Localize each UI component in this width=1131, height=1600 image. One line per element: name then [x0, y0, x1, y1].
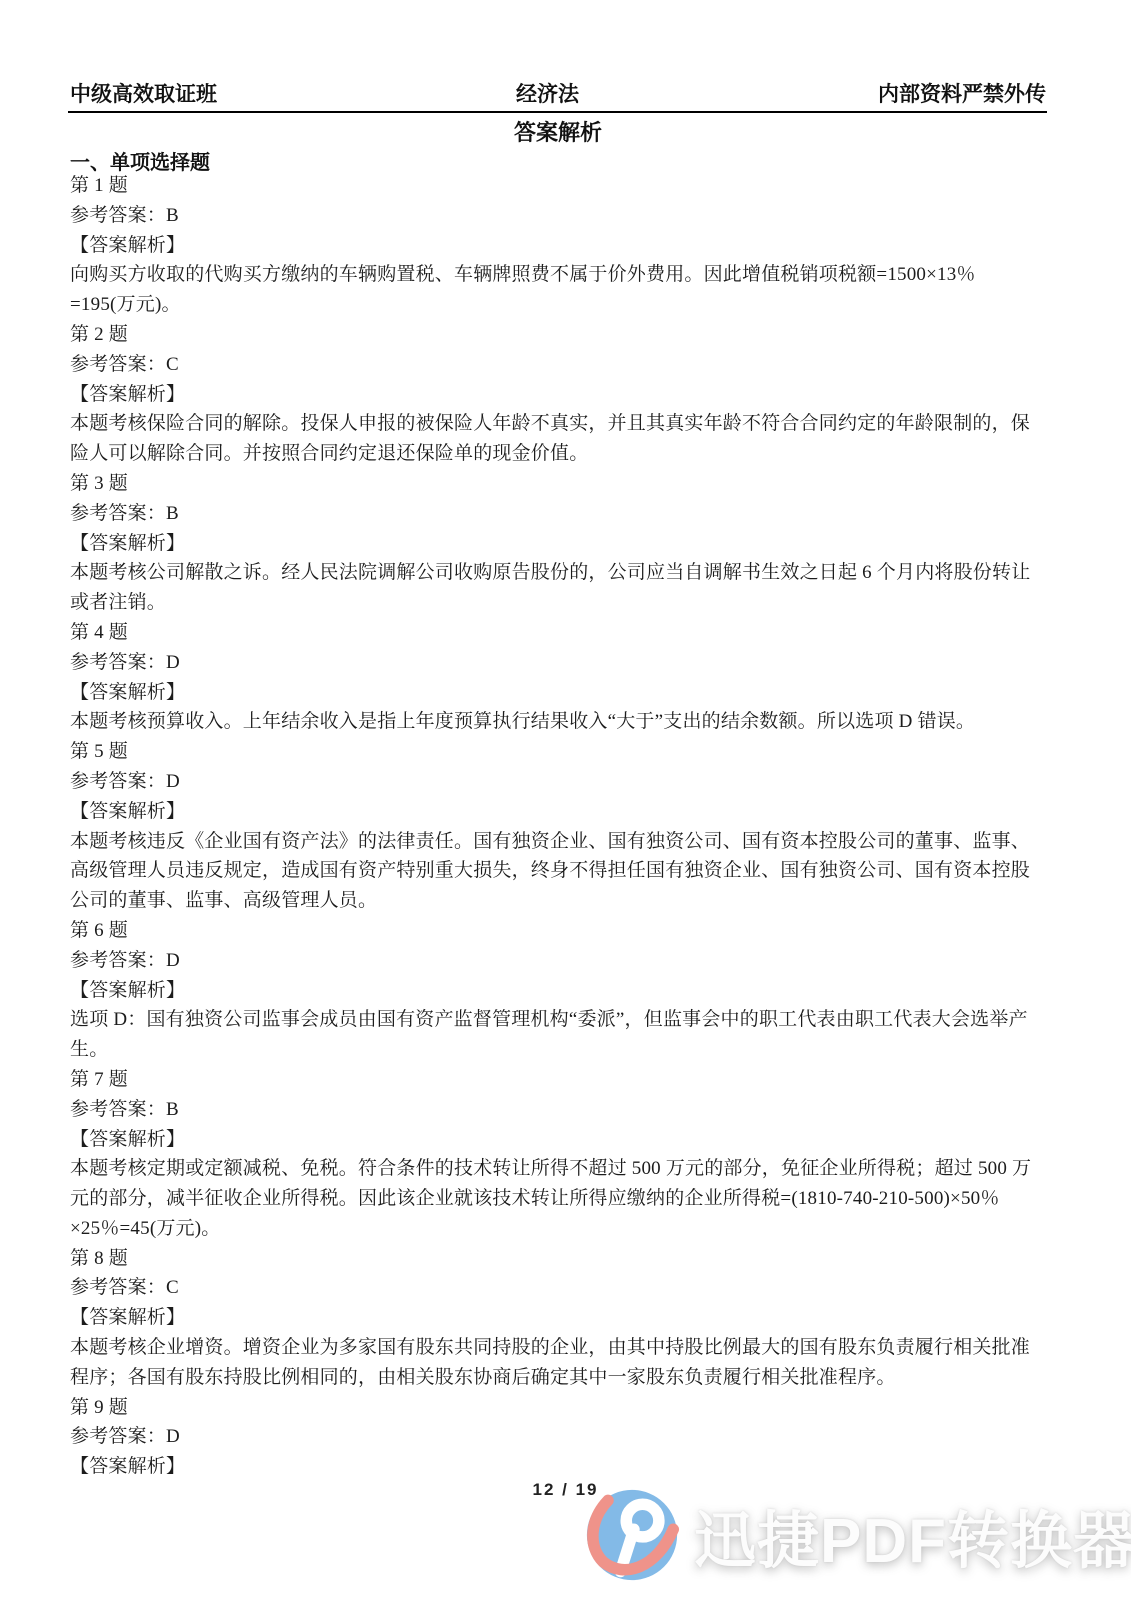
- document-page: 中级高效取证班 经济法 内部资料严禁外传 答案解析 一、单项选择题 第 1 题参…: [0, 0, 1131, 1600]
- page-title: 答案解析: [70, 116, 1046, 147]
- analysis-header: 【答案解析】: [70, 797, 1071, 827]
- analysis-line: 本题考核违反《企业国有资产法》的法律责任。国有独资企业、国有独资公司、国有资本控…: [70, 827, 1071, 857]
- page-number-indicator: 12 / 19: [0, 1480, 1131, 1500]
- reference-answer: 参考答案：D: [70, 946, 1071, 976]
- reference-answer: 参考答案：C: [70, 1273, 1071, 1303]
- question-number: 第 8 题: [70, 1244, 1071, 1274]
- header-divider: [68, 111, 1047, 113]
- page-header: 中级高效取证班 经济法 内部资料严禁外传: [70, 83, 1046, 106]
- analysis-header: 【答案解析】: [70, 1452, 1071, 1482]
- analysis-line: 公司的董事、监事、高级管理人员。: [70, 886, 1071, 916]
- analysis-line: 程序；各国有股东持股比例相同的，由相关股东协商后确定其中一家股东负责履行相关批准…: [70, 1363, 1071, 1393]
- watermark: 迅捷PDF转换器: [584, 1487, 1131, 1583]
- question-block: 第 4 题参考答案：D【答案解析】本题考核预算收入。上年结余收入是指上年度预算执…: [70, 618, 1071, 737]
- reference-answer: 参考答案：B: [70, 201, 1071, 231]
- question-block: 第 2 题参考答案：C【答案解析】本题考核保险合同的解除。投保人申报的被保险人年…: [70, 320, 1071, 469]
- header-course-title: 中级高效取证班: [70, 83, 217, 106]
- analysis-line: 向购买方收取的代购买方缴纳的车辆购置税、车辆牌照费不属于价外费用。因此增值税销项…: [70, 260, 1071, 290]
- analysis-line: 本题考核公司解散之诉。经人民法院调解公司收购原告股份的，公司应当自调解书生效之日…: [70, 558, 1071, 588]
- question-number: 第 6 题: [70, 916, 1071, 946]
- pdf-converter-logo-icon: [584, 1487, 680, 1583]
- header-subject-title: 经济法: [516, 83, 579, 106]
- question-block: 第 3 题参考答案：B【答案解析】本题考核公司解散之诉。经人民法院调解公司收购原…: [70, 469, 1071, 618]
- question-block: 第 6 题参考答案：D【答案解析】选项 D：国有独资公司监事会成员由国有资产监督…: [70, 916, 1071, 1065]
- analysis-line: 本题考核保险合同的解除。投保人申报的被保险人年龄不真实，并且其真实年龄不符合合同…: [70, 409, 1071, 439]
- analysis-line: 险人可以解除合同。并按照合同约定退还保险单的现金价值。: [70, 439, 1071, 469]
- analysis-header: 【答案解析】: [70, 380, 1071, 410]
- analysis-line: 高级管理人员违反规定，造成国有资产特别重大损失，终身不得担任国有独资企业、国有独…: [70, 856, 1071, 886]
- question-block: 第 9 题参考答案：D【答案解析】: [70, 1393, 1071, 1482]
- reference-answer: 参考答案：C: [70, 350, 1071, 380]
- question-number: 第 9 题: [70, 1393, 1071, 1423]
- header-confidential-notice: 内部资料严禁外传: [878, 83, 1046, 106]
- analysis-line: 生。: [70, 1035, 1071, 1065]
- analysis-header: 【答案解析】: [70, 678, 1071, 708]
- question-number: 第 4 题: [70, 618, 1071, 648]
- reference-answer: 参考答案：D: [70, 648, 1071, 678]
- question-block: 第 8 题参考答案：C【答案解析】本题考核企业增资。增资企业为多家国有股东共同持…: [70, 1244, 1071, 1393]
- questions-list: 第 1 题参考答案：B【答案解析】向购买方收取的代购买方缴纳的车辆购置税、车辆牌…: [70, 171, 1071, 1482]
- reference-answer: 参考答案：B: [70, 499, 1071, 529]
- reference-answer: 参考答案：D: [70, 1422, 1071, 1452]
- question-block: 第 1 题参考答案：B【答案解析】向购买方收取的代购买方缴纳的车辆购置税、车辆牌…: [70, 171, 1071, 320]
- analysis-header: 【答案解析】: [70, 529, 1071, 559]
- question-number: 第 2 题: [70, 320, 1071, 350]
- analysis-line: =195(万元)。: [70, 290, 1071, 320]
- analysis-line: 或者注销。: [70, 588, 1071, 618]
- analysis-header: 【答案解析】: [70, 1125, 1071, 1155]
- reference-answer: 参考答案：B: [70, 1095, 1071, 1125]
- analysis-header: 【答案解析】: [70, 976, 1071, 1006]
- question-number: 第 7 题: [70, 1065, 1071, 1095]
- analysis-line: 本题考核预算收入。上年结余收入是指上年度预算执行结果收入“大于”支出的结余数额。…: [70, 707, 1071, 737]
- question-number: 第 1 题: [70, 171, 1071, 201]
- question-number: 第 3 题: [70, 469, 1071, 499]
- question-number: 第 5 题: [70, 737, 1071, 767]
- analysis-line: 元的部分，减半征收企业所得税。因此该企业就该技术转让所得应缴纳的企业所得税=(1…: [70, 1184, 1071, 1214]
- analysis-header: 【答案解析】: [70, 1303, 1071, 1333]
- analysis-line: 选项 D：国有独资公司监事会成员由国有资产监督管理机构“委派”，但监事会中的职工…: [70, 1005, 1071, 1035]
- analysis-line: ×25％=45(万元)。: [70, 1214, 1071, 1244]
- question-block: 第 5 题参考答案：D【答案解析】本题考核违反《企业国有资产法》的法律责任。国有…: [70, 737, 1071, 916]
- analysis-line: 本题考核定期或定额减税、免税。符合条件的技术转让所得不超过 500 万元的部分，…: [70, 1154, 1071, 1184]
- question-block: 第 7 题参考答案：B【答案解析】本题考核定期或定额减税、免税。符合条件的技术转…: [70, 1065, 1071, 1244]
- analysis-header: 【答案解析】: [70, 231, 1071, 261]
- watermark-text: 迅捷PDF转换器: [694, 1491, 1131, 1580]
- analysis-line: 本题考核企业增资。增资企业为多家国有股东共同持股的企业，由其中持股比例最大的国有…: [70, 1333, 1071, 1363]
- reference-answer: 参考答案：D: [70, 767, 1071, 797]
